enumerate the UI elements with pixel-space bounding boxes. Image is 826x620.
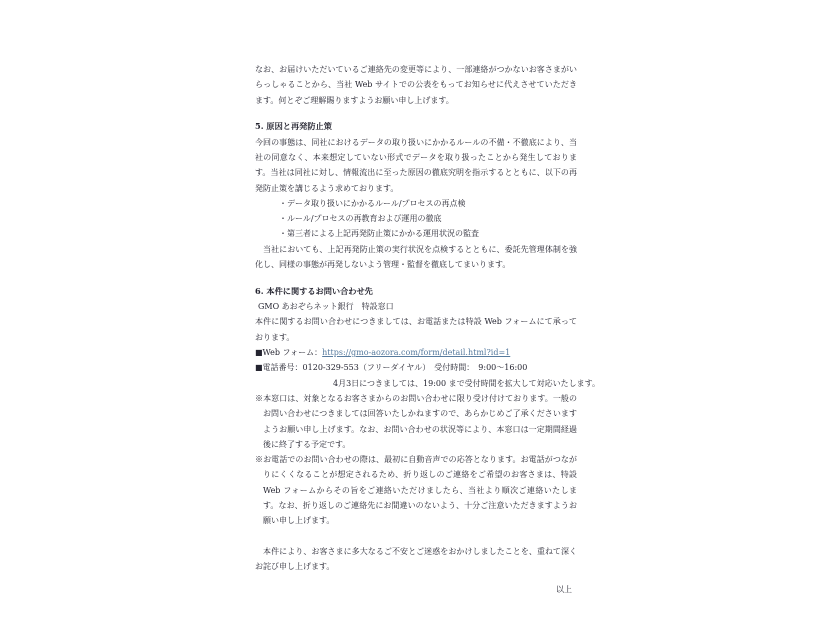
phone-number-line: ■電話番号：0120-329-553（フリーダイヤル） 受付時間： 9:00～1… (255, 360, 577, 375)
phone-extended-hours-note: 4月3日につきましては、19:00 まで受付時間を拡大して対応いたします。 (255, 376, 577, 391)
document-content: なお、お届けいただいているご連絡先の変更等により、一部連絡がつかないお客さまがい… (255, 62, 577, 597)
bullet-item-rule-recheck: ・データ取り扱いにかかるルール/プロセスの再点検 (255, 196, 577, 211)
webform-label: ■Web フォーム： (255, 348, 322, 357)
closing-mark: 以上 (255, 582, 577, 597)
intro-paragraph: なお、お届けいただいているご連絡先の変更等により、一部連絡がつかないお客さまがい… (255, 62, 577, 108)
bullet-item-third-party-audit: ・第三者による上記再発防止策にかかる運用状況の監査 (255, 226, 577, 241)
contact-office-name: GMO あおぞらネット銀行 特設窓口 (255, 299, 577, 314)
section5-body: 今回の事態は、同社におけるデータの取り扱いにかかるルールの不備・不徹底により、当… (255, 135, 577, 196)
section5-closing: 当社においても、上記再発防止策の実行状況を点検するとともに、委託先管理体制を強化… (255, 242, 577, 273)
note-restricted-inquiries: ※本窓口は、対象となるお客さまからのお問い合わせに限り受け付けております。一般の… (255, 391, 577, 452)
webform-url-link[interactable]: https://gmo-aozora.com/form/detail.html?… (322, 348, 510, 357)
section6-heading: 6. 本件に関するお問い合わせ先 (255, 284, 577, 299)
bullet-item-retraining: ・ルール/プロセスの再教育および運用の徹底 (255, 211, 577, 226)
webform-line: ■Web フォーム：https://gmo-aozora.com/form/de… (255, 345, 577, 360)
document-page: なお、お届けいただいているご連絡先の変更等により、一部連絡がつかないお客さまがい… (0, 0, 826, 620)
section5-bullet-list: ・データ取り扱いにかかるルール/プロセスの再点検 ・ルール/プロセスの再教育およ… (255, 196, 577, 242)
apology-paragraph: 本件により、お客さまに多大なるご不安とご迷惑をおかけしましたことを、重ねて深くお… (255, 544, 577, 575)
section5-heading: 5. 原因と再発防止策 (255, 119, 577, 134)
section6-intro: 本件に関するお問い合わせにつきましては、お電話または特設 Web フォームにて承… (255, 314, 577, 345)
note-callback-procedure: ※お電話でのお問い合わせの際は、最初に自動音声での応答となります。お電話がつなが… (255, 452, 577, 528)
